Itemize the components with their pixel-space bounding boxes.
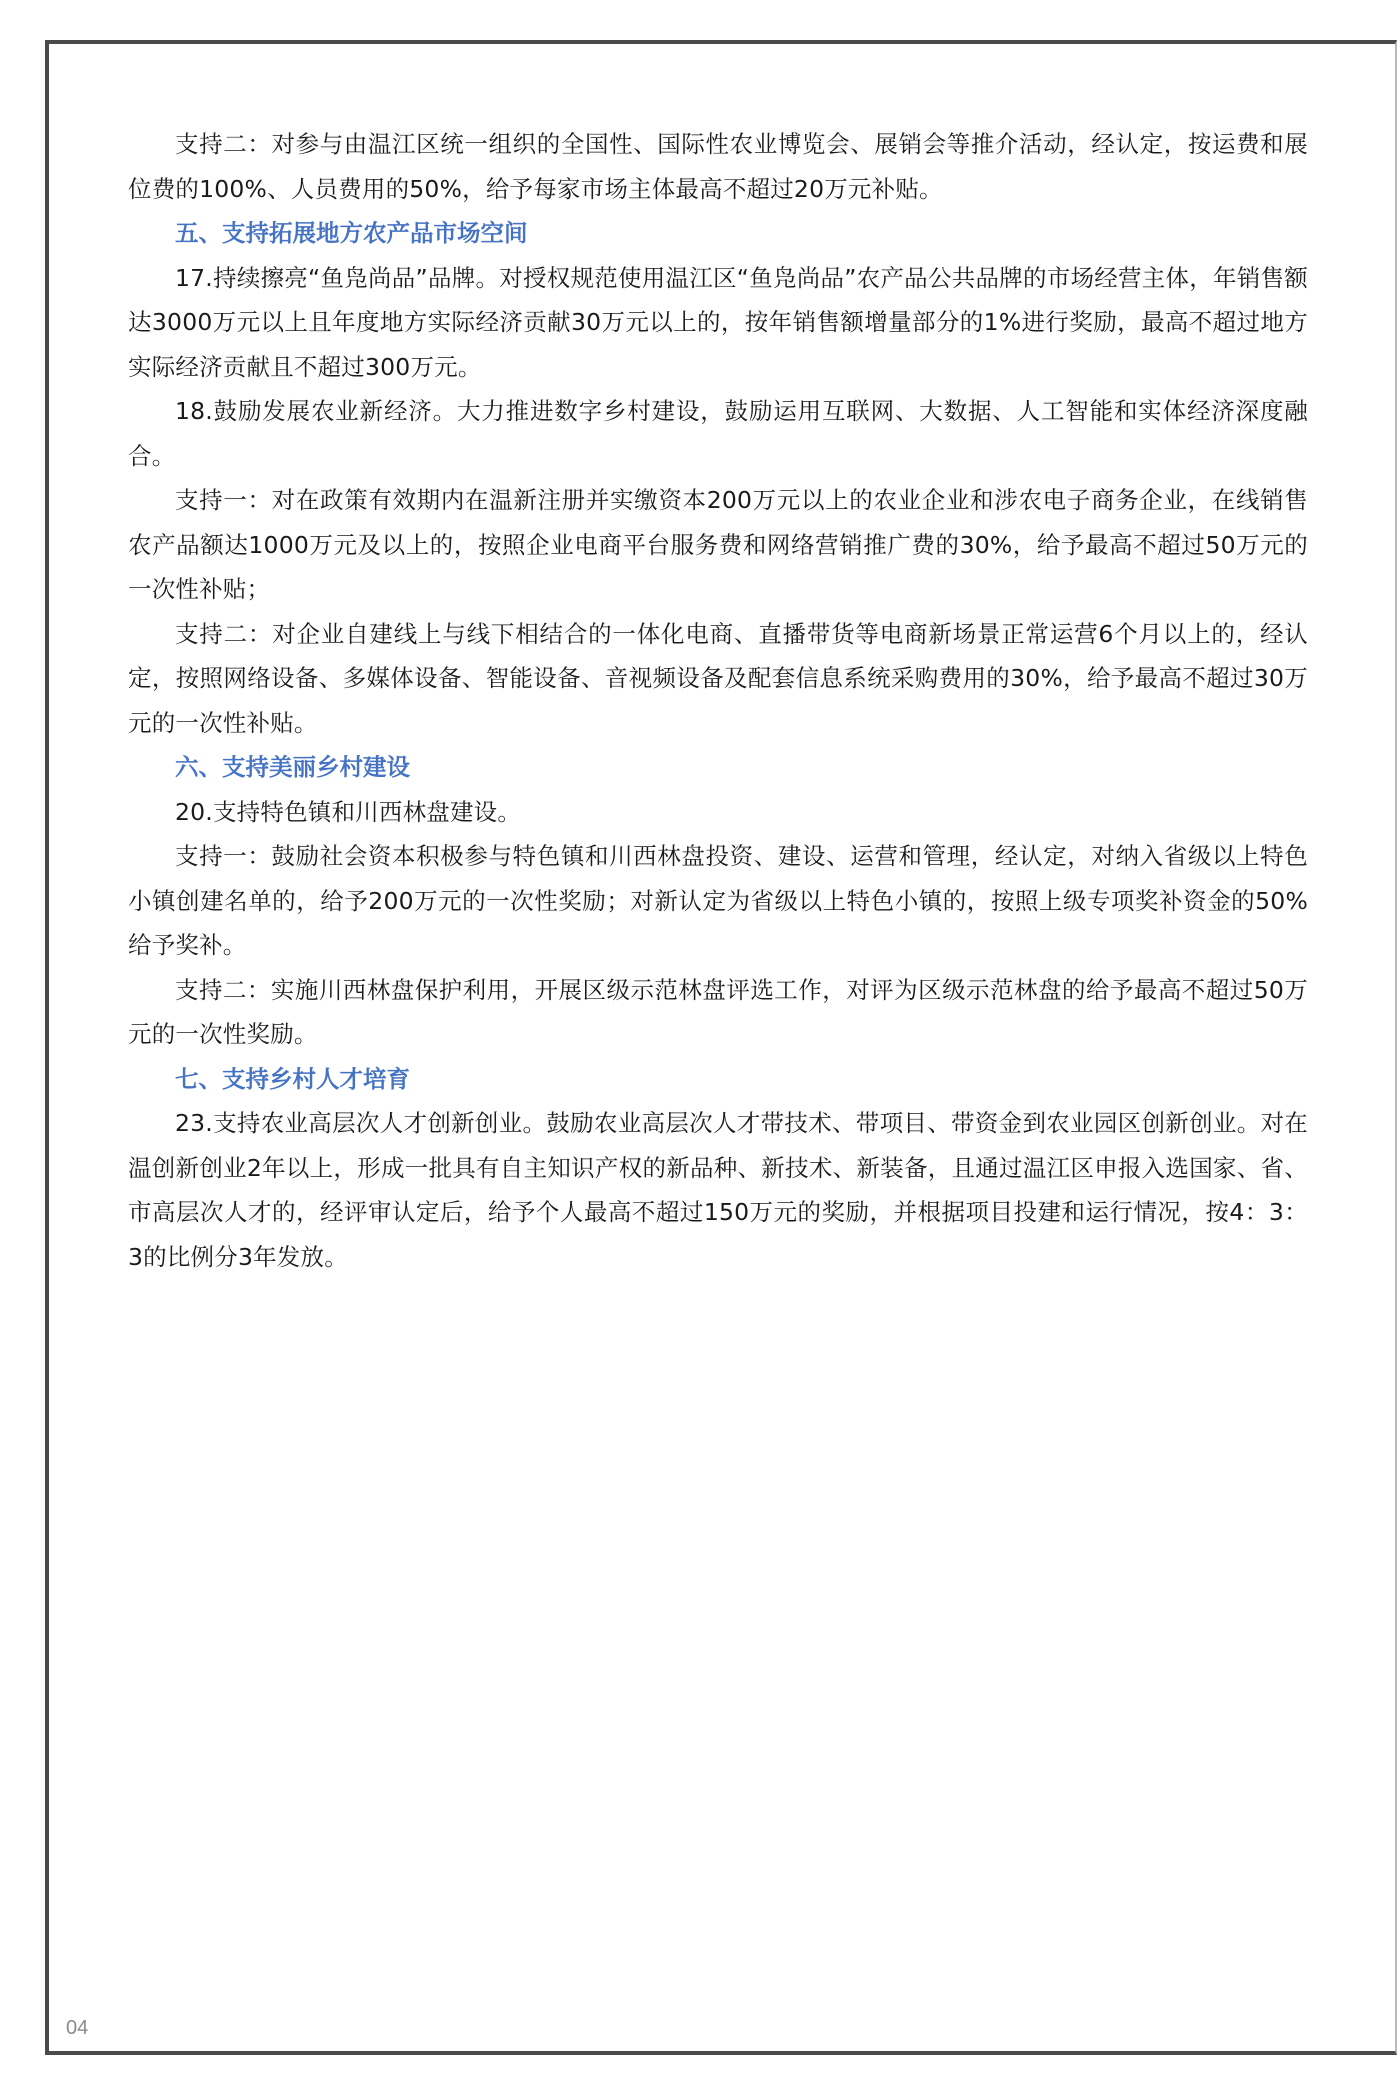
paragraph-item-20: 20.支持特色镇和川西林盘建设。: [128, 790, 1308, 835]
paragraph-item-17: 17.持续擦亮“鱼凫尚品”品牌。对授权规范使用温江区“鱼凫尚品”农产品公共品牌的…: [128, 256, 1308, 390]
paragraph-item-18: 18.鼓励发展农业新经济。大力推进数字乡村建设，鼓励运用互联网、大数据、人工智能…: [128, 389, 1308, 478]
document-body: 支持二：对参与由温江区统一组织的全国性、国际性农业博览会、展销会等推介活动，经认…: [128, 122, 1308, 1279]
section-heading-5: 五、支持拓展地方农产品市场空间: [128, 211, 1308, 256]
page-number: 04: [66, 2017, 88, 2040]
paragraph-item-18-support-one: 支持一：对在政策有效期内在温新注册并实缴资本200万元以上的农业企业和涉农电子商…: [128, 478, 1308, 612]
paragraph-item-18-support-two: 支持二：对企业自建线上与线下相结合的一体化电商、直播带货等电商新场景正常运营6个…: [128, 612, 1308, 746]
paragraph-support-two-expo: 支持二：对参与由温江区统一组织的全国性、国际性农业博览会、展销会等推介活动，经认…: [128, 122, 1308, 211]
section-heading-6: 六、支持美丽乡村建设: [128, 745, 1308, 790]
paragraph-item-20-support-one: 支持一：鼓励社会资本积极参与特色镇和川西林盘投资、建设、运营和管理，经认定，对纳…: [128, 834, 1308, 968]
paragraph-item-23: 23.支持农业高层次人才创新创业。鼓励农业高层次人才带技术、带项目、带资金到农业…: [128, 1101, 1308, 1279]
paragraph-item-20-support-two: 支持二：实施川西林盘保护利用，开展区级示范林盘评选工作，对评为区级示范林盘的给予…: [128, 968, 1308, 1057]
section-heading-7: 七、支持乡村人才培育: [128, 1057, 1308, 1102]
